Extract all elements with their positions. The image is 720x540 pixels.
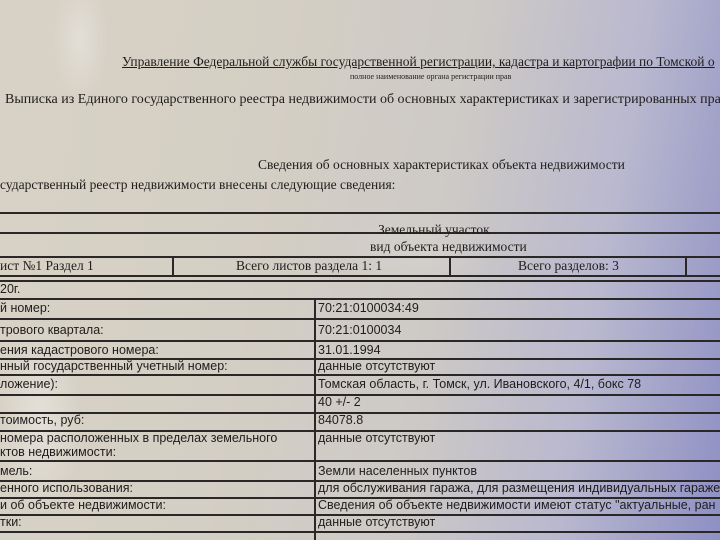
row-value: Земли населенных пунктов — [318, 464, 477, 478]
table-row-border — [0, 531, 720, 533]
row-label: й номер: — [0, 301, 50, 315]
table-row-border — [0, 340, 720, 342]
table-border — [0, 232, 720, 234]
row-value: 40 +/- 2 — [318, 395, 361, 409]
total-sheets: Всего листов раздела 1: 1 — [236, 258, 382, 274]
row-label: ложение): — [0, 377, 58, 391]
row-label-continued: ктов недвижимости: — [0, 445, 116, 459]
row-value: 70:21:0100034:49 — [318, 301, 419, 315]
total-sections: Всего разделов: 3 — [518, 258, 619, 274]
row-value: 31.01.1994 — [318, 343, 381, 357]
row-label: енного использования: — [0, 481, 133, 495]
section-title: Сведения об основных характеристиках объ… — [258, 157, 625, 173]
row-label: и об объекте недвижимости: — [0, 498, 166, 512]
table-border — [685, 257, 687, 275]
row-value: данные отсутствуют — [318, 515, 435, 529]
table-border — [0, 280, 720, 282]
intro-text: сударственный реестр недвижимости внесен… — [0, 177, 395, 193]
table-border — [449, 257, 451, 275]
row-value: 70:21:0100034 — [318, 323, 401, 337]
table-border — [0, 212, 720, 214]
table-border — [0, 275, 720, 277]
table-row-border — [0, 318, 720, 320]
row-value: данные отсутствуют — [318, 359, 435, 373]
object-type: Земельный участок — [378, 222, 490, 238]
table-border — [172, 257, 174, 275]
row-label: номера расположенных в пределах земельно… — [0, 431, 277, 445]
date-row: 20г. — [0, 282, 20, 296]
extract-title: Выписка из Единого государственного реес… — [5, 92, 720, 108]
table-column-divider — [314, 298, 316, 540]
row-label: тоимость, руб: — [0, 413, 84, 427]
row-value: для обслуживания гаража, для размещения … — [318, 481, 720, 495]
row-label: трового квартала: — [0, 323, 104, 337]
row-value: Томская область, г. Томск, ул. Ивановско… — [318, 377, 641, 391]
agency-caption: полное наименование органа регистрации п… — [350, 72, 511, 81]
table-border — [0, 298, 720, 300]
row-value: 84078.8 — [318, 413, 363, 427]
row-value: данные отсутствуют — [318, 431, 435, 445]
object-type-caption: вид объекта недвижимости — [370, 239, 527, 255]
table-row-border — [0, 374, 720, 376]
row-label: нный государственный учетный номер: — [0, 359, 228, 373]
row-label: мель: — [0, 464, 32, 478]
row-label: ения кадастрового номера: — [0, 343, 159, 357]
agency-name: Управление Федеральной службы государств… — [122, 54, 715, 70]
row-label: тки: — [0, 515, 22, 529]
row-value: Сведения об объекте недвижимости имеют с… — [318, 498, 715, 512]
table-row-border — [0, 460, 720, 462]
sheet-number: ист №1 Раздел 1 — [0, 258, 94, 274]
